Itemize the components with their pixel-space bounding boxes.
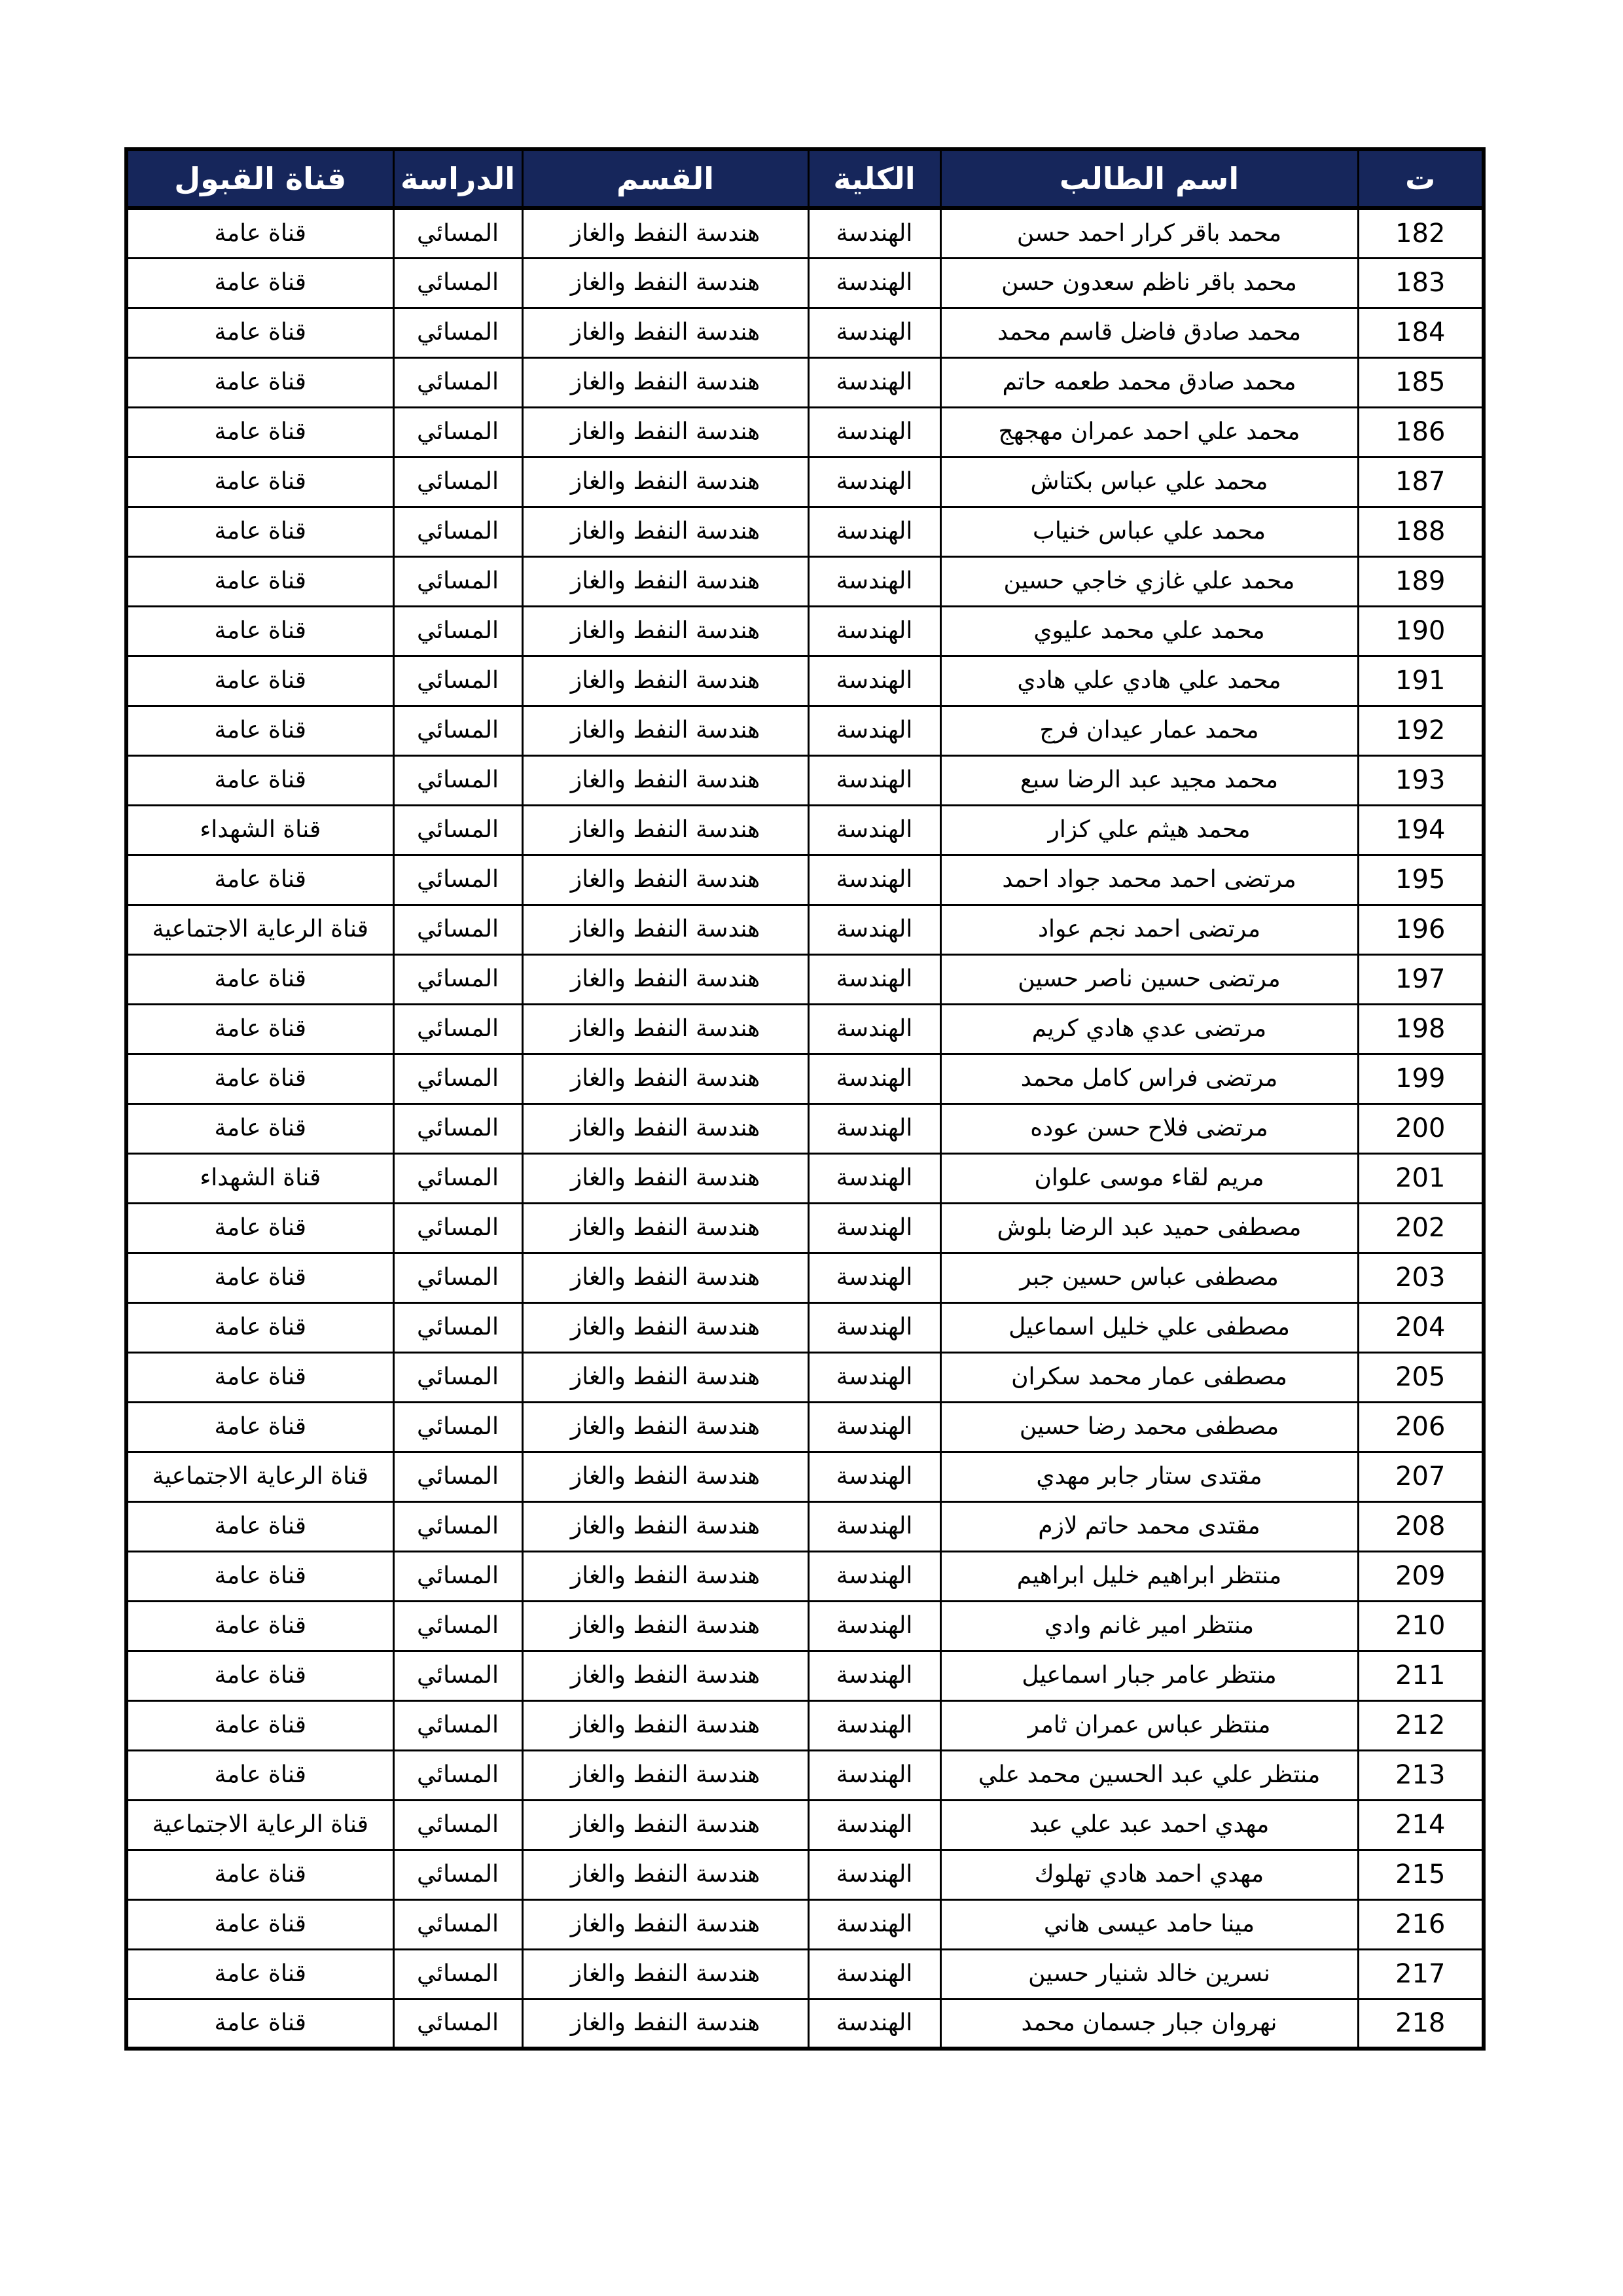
cell-student-name: منتظر ابراهيم خليل ابراهيم (940, 1551, 1358, 1601)
cell-department: هندسة النفط والغاز (522, 1899, 808, 1949)
cell-admission-channel: قناة عامة (126, 1302, 393, 1352)
cell-serial-number: 211 (1358, 1651, 1484, 1700)
cell-student-name: منتظر عباس عمران ثامر (940, 1700, 1358, 1750)
cell-department: هندسة النفط والغاز (522, 1651, 808, 1700)
cell-study-type: المسائي (393, 1800, 522, 1850)
cell-serial-number: 194 (1358, 805, 1484, 855)
cell-college: الهندسة (808, 208, 940, 258)
cell-serial-number: 189 (1358, 556, 1484, 606)
cell-department: هندسة النفط والغاز (522, 1850, 808, 1899)
cell-serial-number: 210 (1358, 1601, 1484, 1651)
cell-admission-channel: قناة عامة (126, 1899, 393, 1949)
cell-student-name: محمد علي احمد عمران مهجهج (940, 407, 1358, 457)
table-row: 189 محمد علي غازي خاجي حسين الهندسة هندس… (126, 556, 1484, 606)
table-row: 210 منتظر امير غانم وادي الهندسة هندسة ا… (126, 1601, 1484, 1651)
cell-serial-number: 205 (1358, 1352, 1484, 1402)
cell-department: هندسة النفط والغاز (522, 507, 808, 556)
cell-department: هندسة النفط والغاز (522, 258, 808, 308)
cell-college: الهندسة (808, 656, 940, 706)
cell-college: الهندسة (808, 1203, 940, 1253)
cell-department: هندسة النفط والغاز (522, 1452, 808, 1501)
cell-admission-channel: قناة عامة (126, 556, 393, 606)
cell-department: هندسة النفط والغاز (522, 1253, 808, 1302)
cell-study-type: المسائي (393, 755, 522, 805)
table-row: 200 مرتضى فلاح حسن عوده الهندسة هندسة ال… (126, 1103, 1484, 1153)
table-row: 188 محمد علي عباس خنياب الهندسة هندسة ال… (126, 507, 1484, 556)
cell-department: هندسة النفط والغاز (522, 706, 808, 755)
cell-student-name: مرتضى احمد محمد جواد احمد (940, 855, 1358, 905)
cell-student-name: محمد باقر كرار احمد حسن (940, 208, 1358, 258)
table-row: 198 مرتضى عدي هادي كريم الهندسة هندسة ال… (126, 1004, 1484, 1054)
table-row: 185 محمد صادق محمد طعمه حاتم الهندسة هند… (126, 357, 1484, 407)
cell-department: هندسة النفط والغاز (522, 1800, 808, 1850)
cell-study-type: المسائي (393, 1899, 522, 1949)
cell-department: هندسة النفط والغاز (522, 1103, 808, 1153)
cell-admission-channel: قناة عامة (126, 457, 393, 507)
cell-admission-channel: قناة عامة (126, 1601, 393, 1651)
cell-college: الهندسة (808, 457, 940, 507)
cell-admission-channel: قناة عامة (126, 1402, 393, 1452)
cell-student-name: مرتضى فلاح حسن عوده (940, 1103, 1358, 1153)
cell-admission-channel: قناة الشهداء (126, 805, 393, 855)
cell-college: الهندسة (808, 805, 940, 855)
cell-admission-channel: قناة عامة (126, 208, 393, 258)
cell-study-type: المسائي (393, 1501, 522, 1551)
cell-admission-channel: قناة عامة (126, 1750, 393, 1800)
table-row: 190 محمد علي محمد عليوي الهندسة هندسة ال… (126, 606, 1484, 656)
table-row: 213 منتظر علي عبد الحسين محمد علي الهندس… (126, 1750, 1484, 1800)
cell-admission-channel: قناة الشهداء (126, 1153, 393, 1203)
cell-department: هندسة النفط والغاز (522, 905, 808, 954)
cell-department: هندسة النفط والغاز (522, 1402, 808, 1452)
col-header-dept: القسم (522, 149, 808, 208)
cell-serial-number: 182 (1358, 208, 1484, 258)
table-row: 209 منتظر ابراهيم خليل ابراهيم الهندسة ه… (126, 1551, 1484, 1601)
cell-serial-number: 187 (1358, 457, 1484, 507)
table-row: 212 منتظر عباس عمران ثامر الهندسة هندسة … (126, 1700, 1484, 1750)
cell-serial-number: 197 (1358, 954, 1484, 1004)
cell-student-name: مصطفى محمد رضا حسين (940, 1402, 1358, 1452)
cell-admission-channel: قناة عامة (126, 1054, 393, 1103)
cell-student-name: مهدي احمد هادي تهلوك (940, 1850, 1358, 1899)
cell-study-type: المسائي (393, 1004, 522, 1054)
cell-college: الهندسة (808, 1501, 940, 1551)
cell-study-type: المسائي (393, 556, 522, 606)
cell-student-name: مريم لقاء موسى علوان (940, 1153, 1358, 1203)
cell-department: هندسة النفط والغاز (522, 407, 808, 457)
cell-student-name: محمد علي محمد عليوي (940, 606, 1358, 656)
cell-college: الهندسة (808, 1899, 940, 1949)
cell-study-type: المسائي (393, 1452, 522, 1501)
cell-college: الهندسة (808, 1402, 940, 1452)
cell-college: الهندسة (808, 1551, 940, 1601)
cell-study-type: المسائي (393, 1850, 522, 1899)
cell-serial-number: 193 (1358, 755, 1484, 805)
cell-college: الهندسة (808, 308, 940, 357)
cell-serial-number: 200 (1358, 1103, 1484, 1153)
cell-admission-channel: قناة عامة (126, 1651, 393, 1700)
cell-college: الهندسة (808, 706, 940, 755)
cell-study-type: المسائي (393, 1651, 522, 1700)
cell-serial-number: 185 (1358, 357, 1484, 407)
table-row: 201 مريم لقاء موسى علوان الهندسة هندسة ا… (126, 1153, 1484, 1203)
cell-study-type: المسائي (393, 357, 522, 407)
table-row: 206 مصطفى محمد رضا حسين الهندسة هندسة ال… (126, 1402, 1484, 1452)
cell-college: الهندسة (808, 1352, 940, 1402)
cell-admission-channel: قناة عامة (126, 954, 393, 1004)
cell-college: الهندسة (808, 1054, 940, 1103)
table-row: 205 مصطفى عمار محمد سكران الهندسة هندسة … (126, 1352, 1484, 1402)
cell-study-type: المسائي (393, 1203, 522, 1253)
cell-admission-channel: قناة عامة (126, 1352, 393, 1402)
cell-serial-number: 207 (1358, 1452, 1484, 1501)
cell-admission-channel: قناة عامة (126, 1103, 393, 1153)
cell-serial-number: 217 (1358, 1949, 1484, 1999)
cell-college: الهندسة (808, 1452, 940, 1501)
cell-student-name: مصطفى عباس حسين جبر (940, 1253, 1358, 1302)
cell-college: الهندسة (808, 606, 940, 656)
cell-serial-number: 201 (1358, 1153, 1484, 1203)
cell-study-type: المسائي (393, 258, 522, 308)
cell-student-name: مهدي احمد عبد علي عبد (940, 1800, 1358, 1850)
cell-serial-number: 196 (1358, 905, 1484, 954)
cell-serial-number: 218 (1358, 1999, 1484, 2049)
cell-study-type: المسائي (393, 1999, 522, 2049)
cell-serial-number: 208 (1358, 1501, 1484, 1551)
cell-college: الهندسة (808, 905, 940, 954)
cell-study-type: المسائي (393, 1253, 522, 1302)
cell-study-type: المسائي (393, 954, 522, 1004)
cell-college: الهندسة (808, 1750, 940, 1800)
cell-college: الهندسة (808, 855, 940, 905)
table-row: 199 مرتضى فراس كامل محمد الهندسة هندسة ا… (126, 1054, 1484, 1103)
table-row: 203 مصطفى عباس حسين جبر الهندسة هندسة ال… (126, 1253, 1484, 1302)
table-row: 193 محمد مجيد عبد الرضا سبع الهندسة هندس… (126, 755, 1484, 805)
cell-department: هندسة النفط والغاز (522, 755, 808, 805)
cell-serial-number: 190 (1358, 606, 1484, 656)
cell-study-type: المسائي (393, 308, 522, 357)
cell-serial-number: 214 (1358, 1800, 1484, 1850)
cell-college: الهندسة (808, 1253, 940, 1302)
cell-study-type: المسائي (393, 706, 522, 755)
cell-student-name: مقتدى ستار جابر مهدي (940, 1452, 1358, 1501)
cell-study-type: المسائي (393, 855, 522, 905)
cell-study-type: المسائي (393, 1054, 522, 1103)
table-row: 194 محمد هيثم علي كزار الهندسة هندسة الن… (126, 805, 1484, 855)
cell-department: هندسة النفط والغاز (522, 1700, 808, 1750)
student-roster-table: ت اسم الطالب الكلية القسم الدراسة قناة ا… (124, 147, 1486, 2051)
cell-student-name: مرتضى عدي هادي كريم (940, 1004, 1358, 1054)
cell-college: الهندسة (808, 755, 940, 805)
table-row: 196 مرتضى احمد نجم عواد الهندسة هندسة ال… (126, 905, 1484, 954)
cell-admission-channel: قناة عامة (126, 1551, 393, 1601)
cell-admission-channel: قناة الرعاية الاجتماعية (126, 1452, 393, 1501)
col-header-college: الكلية (808, 149, 940, 208)
cell-department: هندسة النفط والغاز (522, 1999, 808, 2049)
table-row: 191 محمد علي هادي علي هادي الهندسة هندسة… (126, 656, 1484, 706)
cell-student-name: محمد علي عباس خنياب (940, 507, 1358, 556)
cell-department: هندسة النفط والغاز (522, 457, 808, 507)
table-body: 182 محمد باقر كرار احمد حسن الهندسة هندس… (126, 208, 1484, 2049)
cell-student-name: محمد علي غازي خاجي حسين (940, 556, 1358, 606)
cell-admission-channel: قناة عامة (126, 1004, 393, 1054)
cell-department: هندسة النفط والغاز (522, 606, 808, 656)
cell-serial-number: 203 (1358, 1253, 1484, 1302)
cell-admission-channel: قناة عامة (126, 855, 393, 905)
cell-department: هندسة النفط والغاز (522, 855, 808, 905)
cell-student-name: مرتضى احمد نجم عواد (940, 905, 1358, 954)
table-row: 216 مينا حامد عيسى هاني الهندسة هندسة ال… (126, 1899, 1484, 1949)
cell-college: الهندسة (808, 357, 940, 407)
document-page: ت اسم الطالب الكلية القسم الدراسة قناة ا… (0, 0, 1623, 2296)
cell-student-name: مقتدى محمد حاتم لازم (940, 1501, 1358, 1551)
cell-study-type: المسائي (393, 656, 522, 706)
cell-serial-number: 183 (1358, 258, 1484, 308)
table-row: 183 محمد باقر ناظم سعدون حسن الهندسة هند… (126, 258, 1484, 308)
cell-department: هندسة النفط والغاز (522, 1054, 808, 1103)
cell-study-type: المسائي (393, 407, 522, 457)
cell-student-name: مصطفى عمار محمد سكران (940, 1352, 1358, 1402)
cell-admission-channel: قناة عامة (126, 258, 393, 308)
table-row: 208 مقتدى محمد حاتم لازم الهندسة هندسة ا… (126, 1501, 1484, 1551)
cell-student-name: محمد هيثم علي كزار (940, 805, 1358, 855)
table-row: 192 محمد عمار عيدان فرج الهندسة هندسة ال… (126, 706, 1484, 755)
cell-study-type: المسائي (393, 507, 522, 556)
cell-student-name: محمد باقر ناظم سعدون حسن (940, 258, 1358, 308)
cell-study-type: المسائي (393, 1700, 522, 1750)
cell-department: هندسة النفط والغاز (522, 308, 808, 357)
cell-college: الهندسة (808, 1103, 940, 1153)
cell-study-type: المسائي (393, 208, 522, 258)
table-row: 197 مرتضى حسين ناصر حسين الهندسة هندسة ا… (126, 954, 1484, 1004)
cell-student-name: محمد صادق محمد طعمه حاتم (940, 357, 1358, 407)
cell-admission-channel: قناة عامة (126, 706, 393, 755)
cell-serial-number: 206 (1358, 1402, 1484, 1452)
cell-study-type: المسائي (393, 905, 522, 954)
cell-study-type: المسائي (393, 1750, 522, 1800)
cell-serial-number: 195 (1358, 855, 1484, 905)
cell-admission-channel: قناة عامة (126, 407, 393, 457)
cell-admission-channel: قناة الرعاية الاجتماعية (126, 905, 393, 954)
cell-department: هندسة النفط والغاز (522, 1203, 808, 1253)
cell-study-type: المسائي (393, 1949, 522, 1999)
cell-serial-number: 202 (1358, 1203, 1484, 1253)
cell-department: هندسة النفط والغاز (522, 1352, 808, 1402)
cell-admission-channel: قناة عامة (126, 1850, 393, 1899)
table-row: 182 محمد باقر كرار احمد حسن الهندسة هندس… (126, 208, 1484, 258)
cell-serial-number: 216 (1358, 1899, 1484, 1949)
cell-college: الهندسة (808, 407, 940, 457)
cell-college: الهندسة (808, 507, 940, 556)
cell-study-type: المسائي (393, 606, 522, 656)
cell-college: الهندسة (808, 954, 940, 1004)
cell-admission-channel: قناة عامة (126, 755, 393, 805)
col-header-name: اسم الطالب (940, 149, 1358, 208)
table-row: 215 مهدي احمد هادي تهلوك الهندسة هندسة ا… (126, 1850, 1484, 1899)
table-header: ت اسم الطالب الكلية القسم الدراسة قناة ا… (126, 149, 1484, 208)
cell-admission-channel: قناة عامة (126, 308, 393, 357)
cell-department: هندسة النفط والغاز (522, 1601, 808, 1651)
cell-serial-number: 198 (1358, 1004, 1484, 1054)
table-row: 195 مرتضى احمد محمد جواد احمد الهندسة هن… (126, 855, 1484, 905)
cell-department: هندسة النفط والغاز (522, 1949, 808, 1999)
cell-department: هندسة النفط والغاز (522, 954, 808, 1004)
cell-serial-number: 213 (1358, 1750, 1484, 1800)
cell-study-type: المسائي (393, 457, 522, 507)
cell-department: هندسة النفط والغاز (522, 208, 808, 258)
cell-student-name: محمد عمار عيدان فرج (940, 706, 1358, 755)
col-header-no: ت (1358, 149, 1484, 208)
cell-study-type: المسائي (393, 1302, 522, 1352)
cell-student-name: محمد مجيد عبد الرضا سبع (940, 755, 1358, 805)
cell-college: الهندسة (808, 1850, 940, 1899)
cell-student-name: منتظر علي عبد الحسين محمد علي (940, 1750, 1358, 1800)
cell-college: الهندسة (808, 1601, 940, 1651)
cell-student-name: نسرين خالد شنيار حسين (940, 1949, 1358, 1999)
col-header-channel: قناة القبول (126, 149, 393, 208)
cell-department: هندسة النفط والغاز (522, 805, 808, 855)
cell-study-type: المسائي (393, 1601, 522, 1651)
cell-college: الهندسة (808, 1302, 940, 1352)
cell-department: هندسة النفط والغاز (522, 357, 808, 407)
header-row: ت اسم الطالب الكلية القسم الدراسة قناة ا… (126, 149, 1484, 208)
cell-serial-number: 191 (1358, 656, 1484, 706)
cell-serial-number: 184 (1358, 308, 1484, 357)
cell-serial-number: 199 (1358, 1054, 1484, 1103)
cell-student-name: محمد علي عباس بكتاش (940, 457, 1358, 507)
cell-department: هندسة النفط والغاز (522, 1004, 808, 1054)
cell-admission-channel: قناة عامة (126, 656, 393, 706)
table-row: 184 محمد صادق فاضل قاسم محمد الهندسة هند… (126, 308, 1484, 357)
cell-college: الهندسة (808, 1651, 940, 1700)
cell-serial-number: 209 (1358, 1551, 1484, 1601)
cell-student-name: منتظر امير غانم وادي (940, 1601, 1358, 1651)
cell-department: هندسة النفط والغاز (522, 1750, 808, 1800)
cell-college: الهندسة (808, 1949, 940, 1999)
cell-college: الهندسة (808, 1153, 940, 1203)
cell-department: هندسة النفط والغاز (522, 656, 808, 706)
cell-college: الهندسة (808, 556, 940, 606)
cell-student-name: نهروان جبار جسمان محمد (940, 1999, 1358, 2049)
cell-admission-channel: قناة عامة (126, 1253, 393, 1302)
cell-department: هندسة النفط والغاز (522, 1551, 808, 1601)
cell-admission-channel: قناة عامة (126, 1501, 393, 1551)
cell-serial-number: 212 (1358, 1700, 1484, 1750)
table-row: 186 محمد علي احمد عمران مهجهج الهندسة هن… (126, 407, 1484, 457)
cell-department: هندسة النفط والغاز (522, 1501, 808, 1551)
cell-admission-channel: قناة عامة (126, 1999, 393, 2049)
cell-student-name: مرتضى فراس كامل محمد (940, 1054, 1358, 1103)
cell-serial-number: 204 (1358, 1302, 1484, 1352)
cell-student-name: مينا حامد عيسى هاني (940, 1899, 1358, 1949)
cell-admission-channel: قناة عامة (126, 1949, 393, 1999)
cell-student-name: مصطفى حميد عبد الرضا بلوش (940, 1203, 1358, 1253)
cell-study-type: المسائي (393, 1551, 522, 1601)
table-row: 207 مقتدى ستار جابر مهدي الهندسة هندسة ا… (126, 1452, 1484, 1501)
cell-study-type: المسائي (393, 1402, 522, 1452)
table-row: 218 نهروان جبار جسمان محمد الهندسة هندسة… (126, 1999, 1484, 2049)
table-row: 187 محمد علي عباس بكتاش الهندسة هندسة ال… (126, 457, 1484, 507)
cell-admission-channel: قناة عامة (126, 507, 393, 556)
cell-student-name: محمد علي هادي علي هادي (940, 656, 1358, 706)
table-row: 217 نسرين خالد شنيار حسين الهندسة هندسة … (126, 1949, 1484, 1999)
cell-study-type: المسائي (393, 1352, 522, 1402)
cell-department: هندسة النفط والغاز (522, 556, 808, 606)
cell-college: الهندسة (808, 1999, 940, 2049)
table-row: 204 مصطفى علي خليل اسماعيل الهندسة هندسة… (126, 1302, 1484, 1352)
table-row: 211 منتظر عامر جبار اسماعيل الهندسة هندس… (126, 1651, 1484, 1700)
cell-study-type: المسائي (393, 805, 522, 855)
cell-study-type: المسائي (393, 1153, 522, 1203)
cell-admission-channel: قناة عامة (126, 1203, 393, 1253)
cell-college: الهندسة (808, 1004, 940, 1054)
col-header-study: الدراسة (393, 149, 522, 208)
cell-serial-number: 192 (1358, 706, 1484, 755)
cell-student-name: منتظر عامر جبار اسماعيل (940, 1651, 1358, 1700)
table-row: 202 مصطفى حميد عبد الرضا بلوش الهندسة هن… (126, 1203, 1484, 1253)
cell-student-name: مصطفى علي خليل اسماعيل (940, 1302, 1358, 1352)
cell-admission-channel: قناة عامة (126, 1700, 393, 1750)
cell-college: الهندسة (808, 1800, 940, 1850)
cell-college: الهندسة (808, 258, 940, 308)
cell-serial-number: 186 (1358, 407, 1484, 457)
cell-admission-channel: قناة عامة (126, 357, 393, 407)
cell-serial-number: 188 (1358, 507, 1484, 556)
cell-study-type: المسائي (393, 1103, 522, 1153)
cell-department: هندسة النفط والغاز (522, 1153, 808, 1203)
cell-student-name: مرتضى حسين ناصر حسين (940, 954, 1358, 1004)
cell-department: هندسة النفط والغاز (522, 1302, 808, 1352)
cell-serial-number: 215 (1358, 1850, 1484, 1899)
cell-admission-channel: قناة الرعاية الاجتماعية (126, 1800, 393, 1850)
cell-college: الهندسة (808, 1700, 940, 1750)
cell-student-name: محمد صادق فاضل قاسم محمد (940, 308, 1358, 357)
table-row: 214 مهدي احمد عبد علي عبد الهندسة هندسة … (126, 1800, 1484, 1850)
cell-admission-channel: قناة عامة (126, 606, 393, 656)
